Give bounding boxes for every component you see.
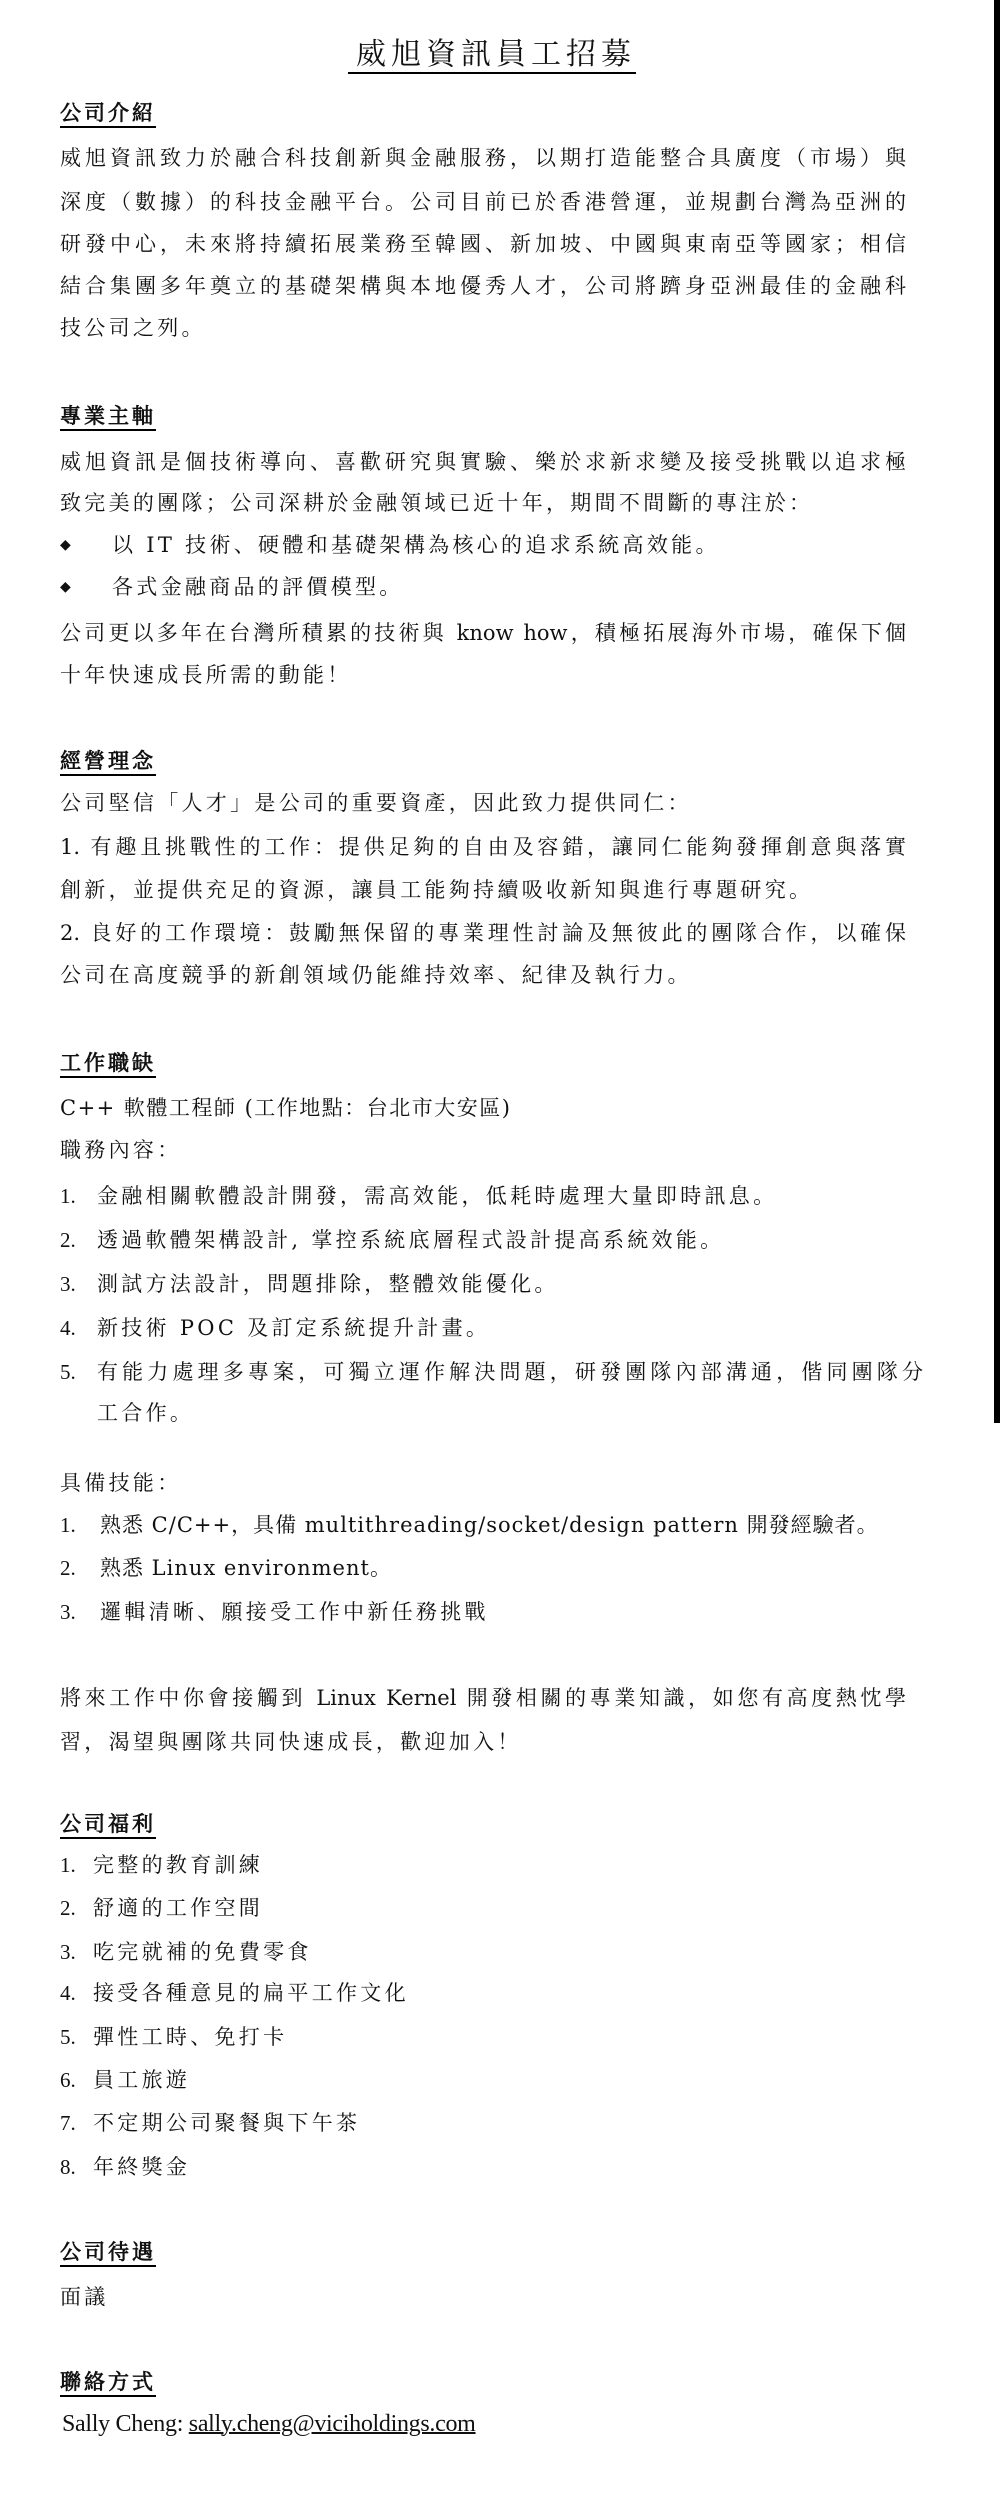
benefit-number: 2. <box>60 1895 76 1921</box>
jobs-closing-line: 習，渴望與團隊共同快速成長，歡迎加入！ <box>60 1729 522 1755</box>
skill-item: 熟悉 Linux environment。 <box>100 1555 392 1581</box>
contact-line: Sally Cheng: sally.cheng@viciholdings.co… <box>62 2410 476 2438</box>
benefit-item: 年終獎金 <box>93 2154 190 2180</box>
skills-label: 具備技能： <box>60 1470 182 1496</box>
benefit-number: 6. <box>60 2067 76 2093</box>
diamond-bullet-icon: ◆ <box>60 532 71 558</box>
duty-item: 新技術 POC 及訂定系統提升計畫。 <box>97 1315 490 1341</box>
intro-line: 技公司之列。 <box>60 315 206 341</box>
benefit-item: 吃完就補的免費零食 <box>93 1939 312 1965</box>
benefit-number: 8. <box>60 2154 76 2180</box>
benefit-number: 4. <box>60 1980 76 2006</box>
skill-number: 1. <box>60 1512 76 1538</box>
focus-line: 致完美的團隊；公司深耕於金融領域已近十年，期間不間斷的專注於： <box>60 490 813 516</box>
diamond-bullet-icon: ◆ <box>60 574 71 600</box>
contact-email-link[interactable]: sally.cheng@viciholdings.com <box>189 2411 476 2437</box>
right-edge-bar <box>994 0 1000 1423</box>
section-heading-benefits: 公司福利 <box>60 1812 156 1839</box>
page-title: 威旭資訊員工招募 <box>348 38 636 74</box>
section-heading-philosophy: 經營理念 <box>60 749 156 776</box>
jobs-closing-line: 將來工作中你會接觸到 Linux Kernel 開發相關的專業知識，如您有高度熱… <box>60 1685 906 1711</box>
benefit-item: 彈性工時、免打卡 <box>93 2024 287 2050</box>
benefit-number: 7. <box>60 2110 76 2136</box>
benefit-number: 1. <box>60 1852 76 1878</box>
focus-bullet-item: 各式金融商品的評價模型。 <box>112 574 404 600</box>
skill-number: 3. <box>60 1599 76 1625</box>
intro-line: 深度（數據）的科技金融平台。公司目前已於香港營運，並規劃台灣為亞洲的 <box>60 189 906 215</box>
focus-closing-line: 公司更以多年在台灣所積累的技術與 know how，積極拓展海外市場，確保下個 <box>60 620 906 646</box>
focus-closing-line: 十年快速成長所需的動能！ <box>60 662 352 688</box>
section-heading-focus: 專業主軸 <box>60 404 156 431</box>
section-heading-contact: 聯絡方式 <box>60 2370 156 2397</box>
benefit-item: 接受各種意見的扁平工作文化 <box>93 1980 409 2006</box>
duty-number: 4. <box>60 1315 76 1341</box>
intro-line: 研發中心，未來將持續拓展業務至韓國、新加坡、中國與東南亞等國家；相信 <box>60 231 906 257</box>
duty-item: 有能力處理多專案，可獨立運作解決問題，研發團隊內部溝通，偕同團隊分 <box>97 1359 923 1385</box>
section-heading-jobs: 工作職缺 <box>60 1051 156 1078</box>
skill-number: 2. <box>60 1555 76 1581</box>
intro-line: 威旭資訊致力於融合科技創新與金融服務，以期打造能整合具廣度（市場）與 <box>60 145 906 171</box>
focus-bullet-item: 以 IT 技術、硬體和基礎架構為核心的追求系統高效能。 <box>112 532 720 558</box>
focus-line: 威旭資訊是個技術導向、喜歡研究與實驗、樂於求新求變及接受挑戰以追求極 <box>60 449 906 475</box>
duty-number: 3. <box>60 1271 76 1297</box>
duties-label: 職務內容： <box>60 1137 182 1163</box>
duty-number: 2. <box>60 1227 76 1253</box>
philosophy-line: 1. 有趣且挑戰性的工作：提供足夠的自由及容錯，讓同仁能夠發揮創意與落實 <box>60 834 906 860</box>
philosophy-line: 創新，並提供充足的資源，讓員工能夠持續吸收新知與進行專題研究。 <box>60 877 813 903</box>
duty-number: 5. <box>60 1359 76 1385</box>
philosophy-line: 公司堅信「人才」是公司的重要資產，因此致力提供同仁： <box>60 790 692 816</box>
duty-number: 1. <box>60 1183 76 1209</box>
intro-line: 結合集團多年奠立的基礎架構與本地優秀人才，公司將躋身亞洲最佳的金融科 <box>60 273 906 299</box>
benefit-item: 不定期公司聚餐與下午茶 <box>93 2110 360 2136</box>
duty-item: 透過軟體架構設計, 掌控系統底層程式設計提高系統效能。 <box>97 1227 724 1253</box>
benefit-item: 完整的教育訓練 <box>93 1852 263 1878</box>
job-position-title: C++ 軟體工程師 (工作地點：台北市大安區) <box>60 1095 512 1121</box>
duty-item-wrap: 工合作。 <box>97 1400 194 1426</box>
section-heading-intro: 公司介紹 <box>60 101 156 128</box>
benefit-item: 舒適的工作空間 <box>93 1895 263 1921</box>
benefit-number: 5. <box>60 2024 76 2050</box>
philosophy-line: 2. 良好的工作環境：鼓勵無保留的專業理性討論及無彼此的團隊合作，以確保 <box>60 920 906 946</box>
section-heading-compensation: 公司待遇 <box>60 2240 156 2267</box>
skill-item: 熟悉 C/C++，具備 multithreading/socket/design… <box>100 1512 879 1538</box>
compensation-text: 面議 <box>60 2284 109 2310</box>
skill-item: 邏輯清晰、願接受工作中新任務挑戰 <box>100 1599 489 1625</box>
duty-item: 測試方法設計，問題排除，整體效能優化。 <box>97 1271 559 1297</box>
contact-name: Sally Cheng: <box>62 2411 183 2437</box>
philosophy-line: 公司在高度競爭的新創領域仍能維持效率、紀律及執行力。 <box>60 962 692 988</box>
benefit-number: 3. <box>60 1939 76 1965</box>
duty-item: 金融相關軟體設計開發，需高效能，低耗時處理大量即時訊息。 <box>97 1183 777 1209</box>
benefit-item: 員工旅遊 <box>93 2067 190 2093</box>
